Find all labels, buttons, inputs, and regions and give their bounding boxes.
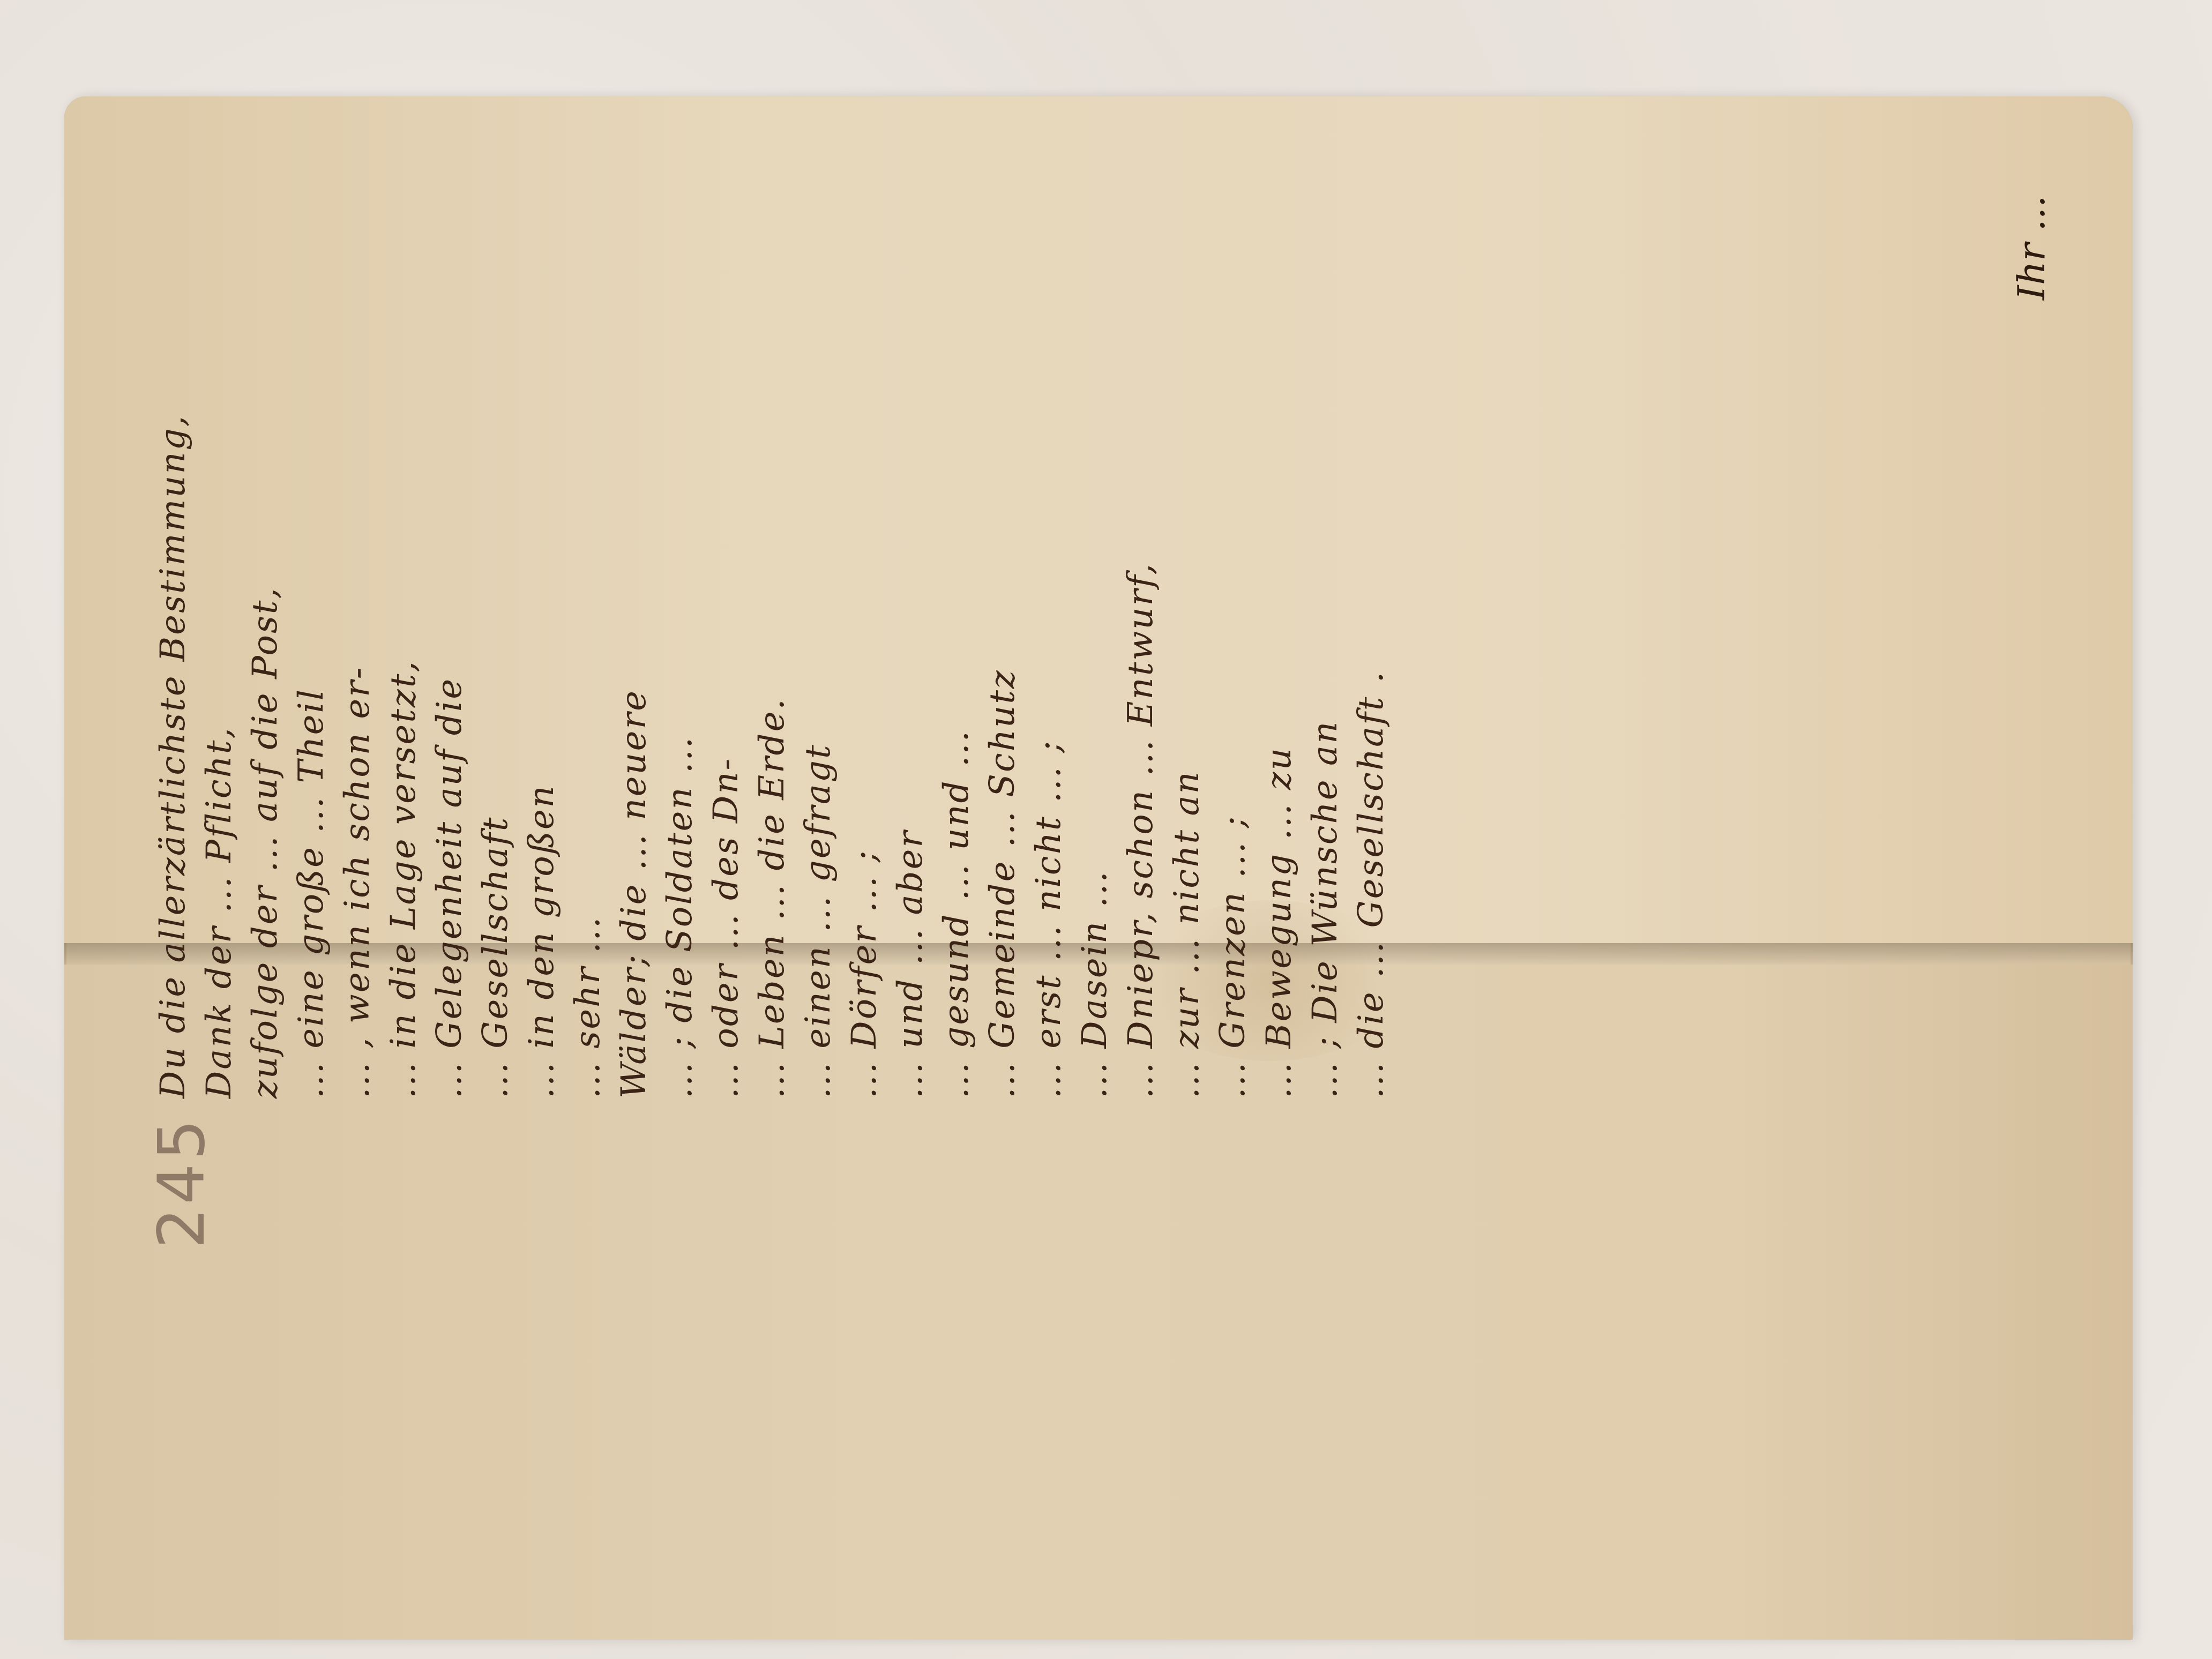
text-line: ... Dniepr, schon ... Entwurf, <box>1118 80 1164 1098</box>
text-line: ... in die Lage versetzt, <box>380 80 427 1098</box>
text-line: Dank der ... Pflicht, <box>196 80 242 1098</box>
text-line: ... gesund ... und ... <box>933 80 980 1098</box>
text-line: ... erst ... nicht ... ; <box>1026 80 1072 1098</box>
text-line: ... ; die Soldaten ... <box>657 80 703 1098</box>
text-line: Wälder; die ... neuere <box>611 80 657 1098</box>
text-line: ... Gelegenheit auf die <box>427 80 473 1098</box>
text-line: ... , wenn ich schon er- <box>334 80 380 1098</box>
text-line: ... Dasein ... <box>1072 80 1118 1098</box>
text-line: ... Leben ... die Erde. <box>749 80 795 1098</box>
text-line: ... eine große ... Theil <box>288 80 334 1098</box>
text-line: ... Gemeinde ... Schutz <box>980 80 1026 1098</box>
text-line: ... ; Die Wünsche an <box>1302 80 1348 1098</box>
text-line: Du die allerzärtlichste Bestimmung, <box>150 80 196 1098</box>
text-line: zufolge der ... auf die Post, <box>242 80 288 1098</box>
pencil-page-number: 245 <box>145 1116 219 1249</box>
text-line: ... oder ... des Dn- <box>703 80 749 1098</box>
handwritten-text: Du die allerzärtlichste Bestimmung, Dank… <box>150 80 1394 1098</box>
text-line: ... Dörfer ... ; <box>841 80 887 1098</box>
text-line: ... die ... Gesellschaft . <box>1348 80 1394 1098</box>
text-line: ... Grenzen ... ; <box>1210 80 1256 1098</box>
text-line: ... in den großen <box>519 80 565 1098</box>
text-line: ... und ... aber <box>887 80 933 1098</box>
text-line: ... sehr ... <box>565 80 611 1098</box>
text-line: ... zur ... nicht an <box>1164 80 1210 1098</box>
text-line: ... Gesellschaft <box>473 80 519 1098</box>
text-line: ... Bewegung ... zu <box>1256 80 1302 1098</box>
text-line: ... einen ... gefragt <box>795 80 841 1098</box>
signature: Ihr ... <box>2009 196 2053 300</box>
